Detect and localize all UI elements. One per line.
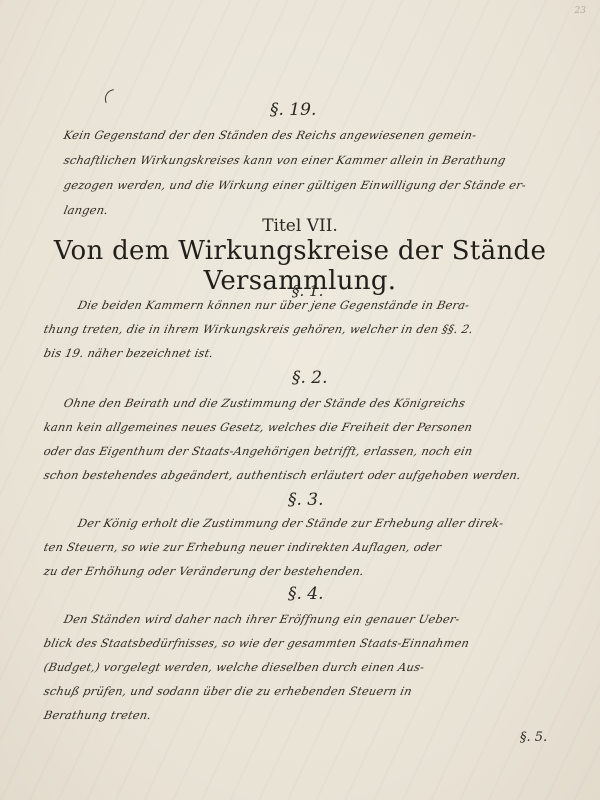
text-line: Kein Gegenstand der den Ständen des Reic… [63,128,478,142]
text-line: Die beiden Kammern können nur über jene … [77,298,471,312]
section-heading-19: §. 19. [270,100,316,120]
text-line: (Budget,) vorgelegt werden, welche diese… [43,660,426,674]
paragraph-heading-2: §. 2. [292,368,328,388]
text-line: blick des Staatsbedürfnisses, so wie der… [43,636,471,650]
paragraph-heading-3: §. 3. [288,490,324,510]
text-line: langen. [63,203,110,217]
paragraph-heading-5: §. 5. [520,730,547,745]
title-number: Titel VII. [0,216,600,236]
text-line: schon bestehendes abgeändert, authentisc… [43,468,523,482]
paragraph-heading-4: §. 4. [288,584,324,604]
decorative-flourish [100,84,140,121]
folio-number: 23 [575,6,586,16]
text-line: Der König erholt die Zustimmung der Stän… [77,516,505,530]
text-line: Berathung treten. [43,708,153,722]
text-line: oder das Eigenthum der Staats-Angehörige… [43,444,475,458]
text-line: kann kein allgemeines neues Gesetz, welc… [43,420,474,434]
text-line: gezogen werden, und die Wirkung einer gü… [63,178,528,192]
text-line: Ohne den Beirath und die Zustimmung der … [63,396,467,410]
text-line: zu der Erhöhung oder Veränderung der bes… [43,564,366,578]
text-line: bis 19. näher bezeichnet ist. [43,346,215,360]
text-line: Den Ständen wird daher nach ihrer Eröffn… [63,612,462,626]
text-line: thung treten, die in ihrem Wirkungskreis… [43,322,475,336]
text-line: schaftlichen Wirkungskreises kann von ei… [63,153,508,167]
manuscript-page: 23 §. 19. Kein Gegenstand der den Stände… [0,0,600,800]
text-line: schuß prüfen, und sodann über die zu erh… [43,684,414,698]
text-line: ten Steuern, so wie zur Erhebung neuer i… [43,540,443,554]
